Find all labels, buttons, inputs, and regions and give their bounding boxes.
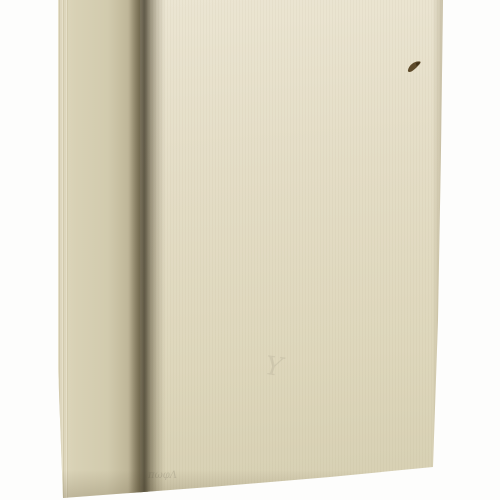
open-book: Y πωφΛ xyxy=(0,0,500,500)
book-photo: Y πωφΛ xyxy=(0,0,500,500)
show-through-mark: πωφΛ xyxy=(148,470,177,481)
left-page xyxy=(58,0,148,500)
left-page-poem-lines xyxy=(58,193,148,246)
page-bottom-shade xyxy=(58,470,443,500)
right-page xyxy=(140,0,443,500)
page-fore-edge xyxy=(58,0,68,500)
ink-speck xyxy=(406,59,424,75)
left-page-title-block xyxy=(76,127,148,175)
idyll-title xyxy=(76,127,148,162)
page-edge-shade xyxy=(432,0,443,480)
